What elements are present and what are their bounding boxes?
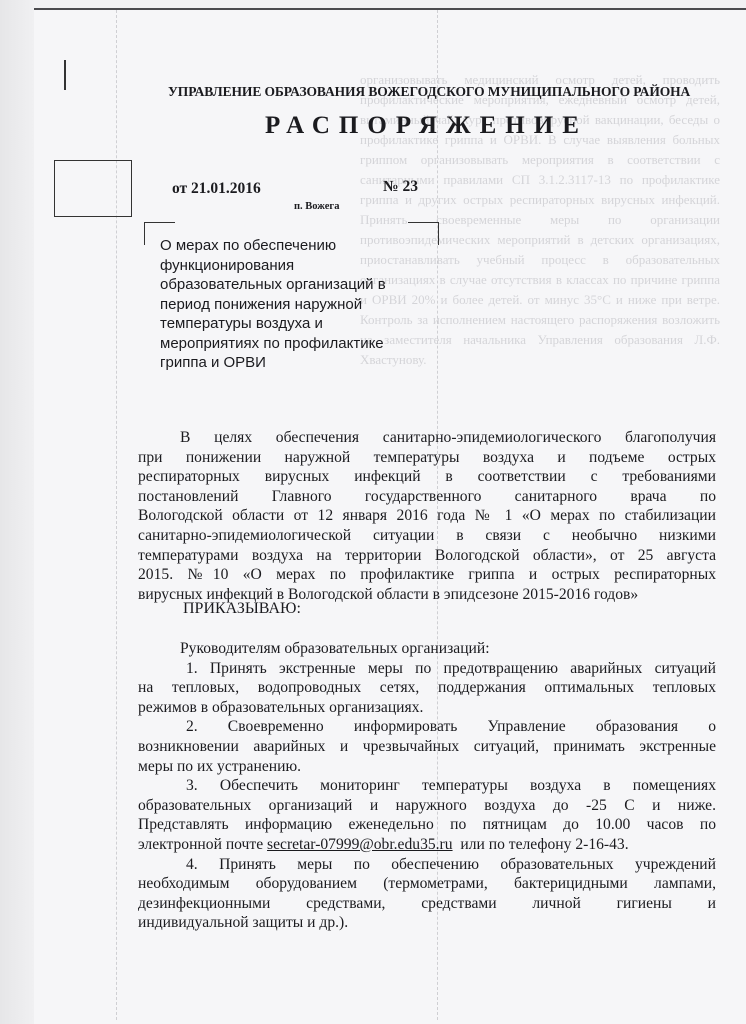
scan-left-edge <box>0 0 34 1024</box>
item-1-line: 1. Принять экстренные меры по предотвращ… <box>138 659 716 679</box>
subject-line: функционирования <box>160 256 420 276</box>
item-4-line: индивидуальной защиты и др.). <box>138 913 716 933</box>
preamble-line: респираторных вирусных инфекций в соотве… <box>138 467 716 487</box>
document-date: от 21.01.2016 <box>172 180 261 198</box>
preamble: В целях обеспечения санитарно-эпидемиоло… <box>138 428 716 604</box>
subject-line: температуры воздуха и <box>160 314 420 334</box>
email-link[interactable]: secretar-07999@obr.edu35.ru <box>267 836 453 853</box>
registration-stamp-box <box>54 160 132 217</box>
item-4-line: 4. Принять меры по обеспечению образоват… <box>138 855 716 875</box>
item-1-line: на тепловых, водопроводных сетях, поддер… <box>138 678 716 698</box>
document-place: п. Вожега <box>294 201 339 212</box>
addressee: Руководителям образовательных организаци… <box>138 639 716 659</box>
subject-line: образовательных организаций в <box>160 275 420 295</box>
order-word: ПРИКАЗЫВАЮ: <box>183 600 301 618</box>
subject-line: период понижения наружной <box>160 295 420 315</box>
subject-line: О мерах по обеспечению <box>160 236 420 256</box>
item-2-line: возникновении аварийных и чрезвычайных с… <box>138 737 716 757</box>
preamble-line: при понижении наружной температуры возду… <box>138 448 716 468</box>
item-4-line: дезинфекционными средствами, средствами … <box>138 894 716 914</box>
phone-text: или по телефону 2-16-43. <box>453 836 629 853</box>
organization-header: УПРАВЛЕНИЕ ОБРАЗОВАНИЯ ВОЖЕГОДСКОГО МУНИ… <box>168 84 688 100</box>
margin-mark <box>64 60 66 90</box>
preamble-line: санитарно-эпидемиологической ситуации в … <box>138 526 716 546</box>
item-3-line: 3. Обеспечить мониторинг температуры воз… <box>138 776 716 796</box>
preamble-line: постановлений Главного государственного … <box>138 487 716 507</box>
item-3-line: Представлять информацию еженедельно по п… <box>138 815 716 835</box>
item-4-line: необходимым оборудованием (термометрами,… <box>138 874 716 894</box>
document-title: РАСПОРЯЖЕНИЕ <box>265 112 588 140</box>
document-subject: О мерах по обеспечению функционирования … <box>160 236 420 373</box>
item-1-line: режимов в образовательных организациях. <box>138 698 716 718</box>
document-number: № 23 <box>383 178 418 196</box>
item-2-line: меры по их устранению. <box>138 757 716 777</box>
preamble-line: В целях обеспечения санитарно-эпидемиоло… <box>138 428 716 448</box>
item-3-line: образовательных организаций и наружного … <box>138 796 716 816</box>
order-items: Руководителям образовательных организаци… <box>138 639 716 933</box>
preamble-line: 2015. №10 «О мерах по профилактике грипп… <box>138 565 716 585</box>
subject-line: мероприятиях по профилактике <box>160 334 420 354</box>
preamble-line: Вологодской области от 12 января 2016 го… <box>138 506 716 526</box>
item-2-line: 2. Своевременно информировать Управление… <box>138 717 716 737</box>
item-3-contact-line: электронной почте secretar-07999@obr.edu… <box>138 835 716 855</box>
preamble-line: температурами воздуха на территории Воло… <box>138 546 716 566</box>
email-prefix: электронной почте <box>138 836 267 853</box>
subject-line: гриппа и ОРВИ <box>160 353 420 373</box>
